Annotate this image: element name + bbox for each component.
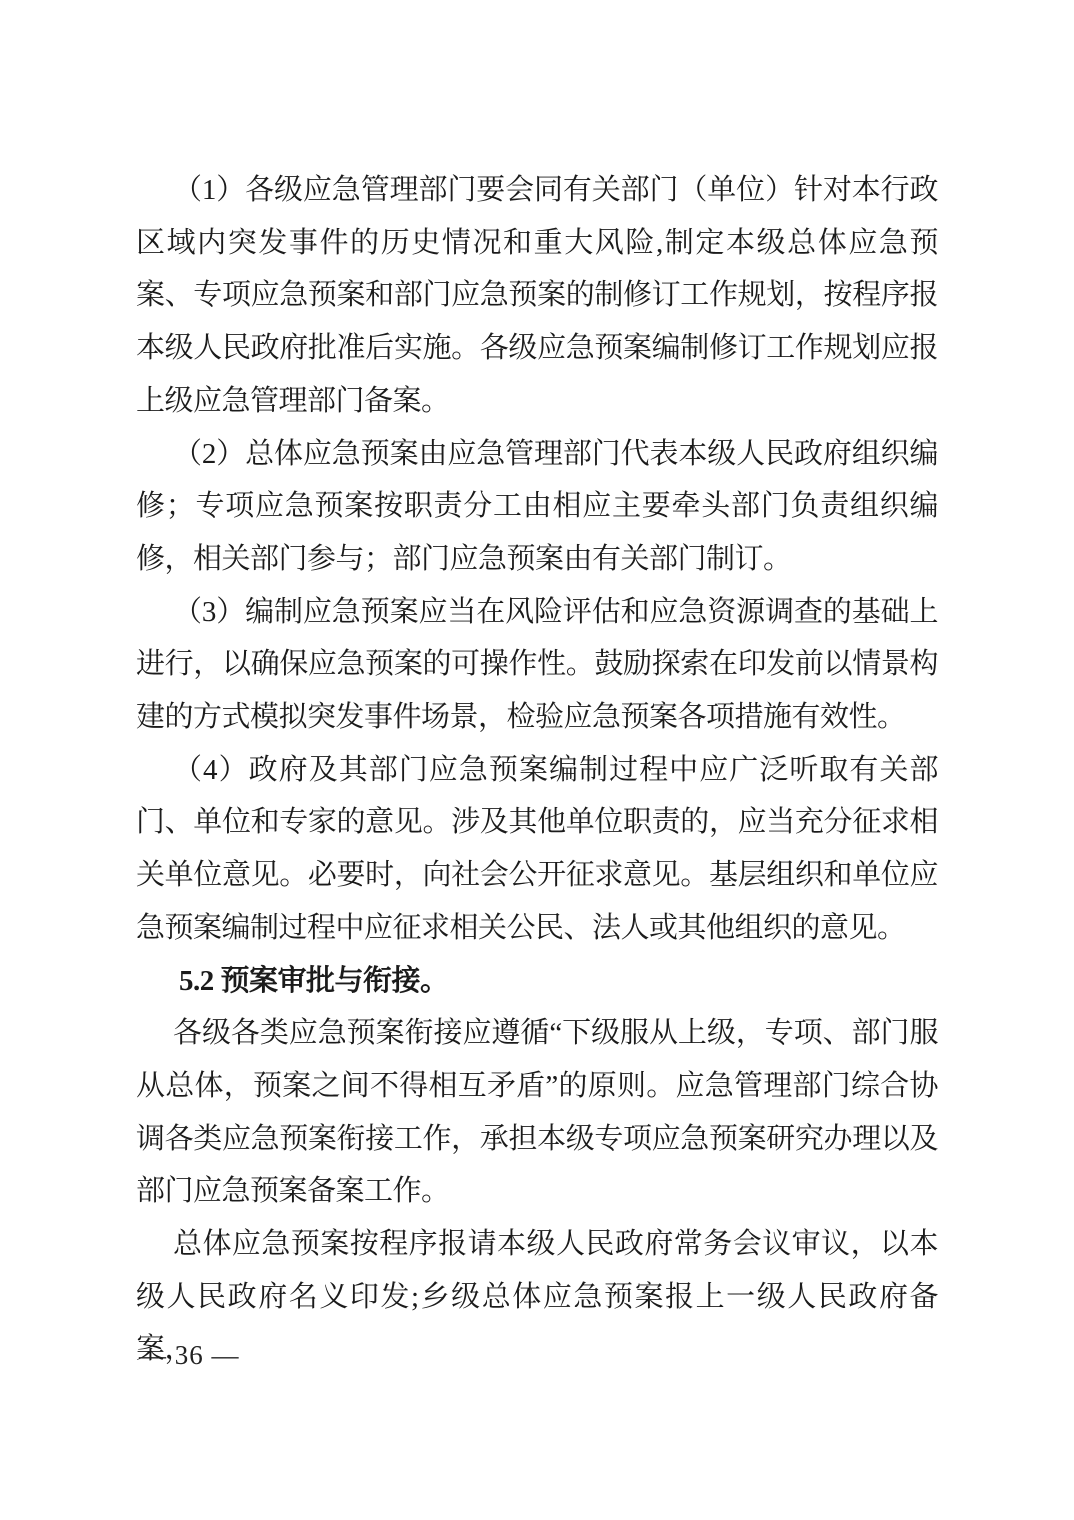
paragraph-6: 总体应急预案按程序报请本级人民政府常务会议审议，以本级人民政府名义印发;乡级总体… [136, 1218, 938, 1376]
page-footer: — 36 — [139, 1340, 240, 1371]
section-heading-5-2: 5.2 预案审批与衔接。 [136, 955, 938, 1008]
document-body: （1）各级应急管理部门要会同有关部门（单位）针对本行政区域内突发事件的历史情况和… [136, 164, 938, 1376]
document-page: （1）各级应急管理部门要会同有关部门（单位）针对本行政区域内突发事件的历史情况和… [0, 0, 1074, 1520]
paragraph-1: （1）各级应急管理部门要会同有关部门（单位）针对本行政区域内突发事件的历史情况和… [136, 164, 938, 428]
paragraph-4: （4）政府及其部门应急预案编制过程中应广泛听取有关部门、单位和专家的意见。涉及其… [136, 744, 938, 955]
page-number: — 36 — [139, 1340, 240, 1370]
paragraph-2: （2）总体应急预案由应急管理部门代表本级人民政府组织编修；专项应急预案按职责分工… [136, 428, 938, 586]
paragraph-5: 各级各类应急预案衔接应遵循“下级服从上级，专项、部门服从总体，预案之间不得相互矛… [136, 1007, 938, 1218]
paragraph-3: （3）编制应急预案应当在风险评估和应急资源调查的基础上进行，以确保应急预案的可操… [136, 586, 938, 744]
